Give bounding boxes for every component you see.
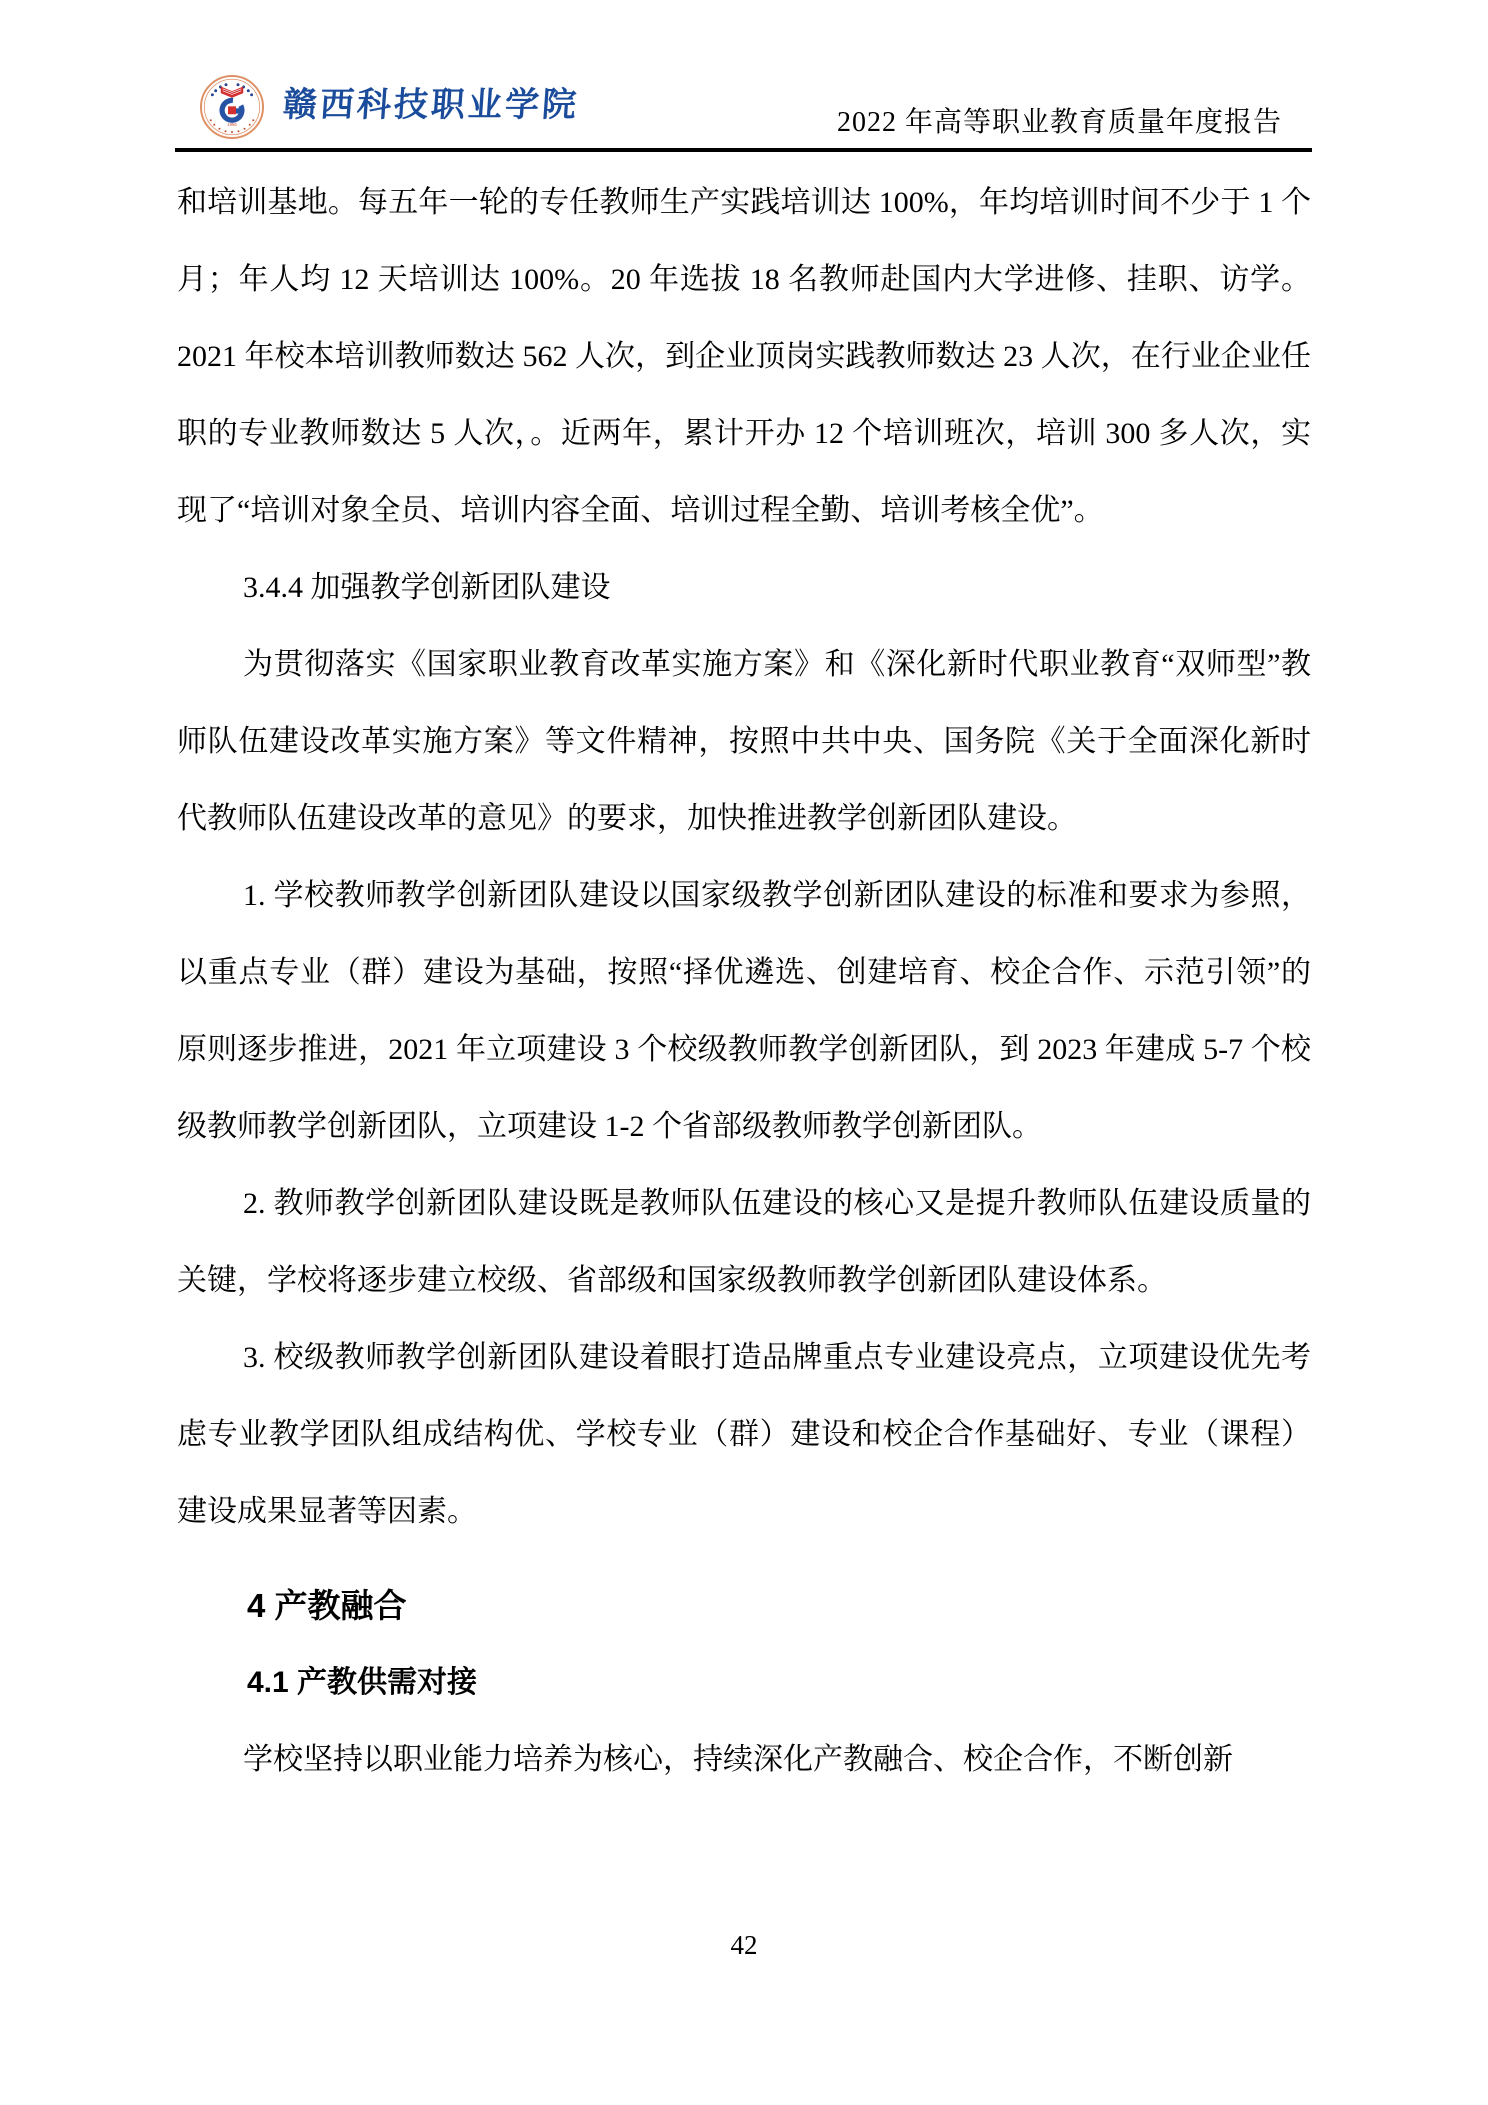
section-3-4-4-intro-paragraph: 为贯彻落实《国家职业教育改革实施方案》和《深化新时代职业教育“双师型”教师队伍建… [177, 626, 1311, 857]
paragraph-continuation: 和培训基地。每五年一轮的专任教师生产实践培训达 100%，年均培训时间不少于 1… [177, 164, 1311, 549]
section-3-4-4-heading: 3.4.4 加强教学创新团队建设 [177, 549, 1311, 626]
numbered-item-1: 1. 学校教师教学创新团队建设以国家级教学创新团队建设的标准和要求为参照，以重点… [177, 857, 1311, 1165]
school-brand: 1956 赣西科技职业学院 [199, 74, 579, 140]
numbered-item-2: 2. 教师教学创新团队建设既是教师队伍建设的核心又是提升教师队伍建设质量的关键，… [177, 1165, 1311, 1319]
emblem-year-text: 1956 [227, 122, 237, 127]
section-4-1-intro-paragraph: 学校坚持以职业能力培养为核心，持续深化产教融合、校企合作，不断创新 [177, 1721, 1311, 1798]
school-emblem-icon: 1956 [199, 74, 265, 140]
page-number: 42 [0, 1930, 1488, 1961]
school-name-calligraphy: 赣西科技职业学院 [282, 87, 581, 124]
document-body: 和培训基地。每五年一轮的专任教师生产实践培训达 100%，年均培训时间不少于 1… [177, 164, 1311, 1798]
report-page: 1956 赣西科技职业学院 2022 年高等职业教育质量年度报告 和培训基地。每… [0, 0, 1488, 2105]
report-title: 2022 年高等职业教育质量年度报告 [837, 100, 1282, 140]
page-header: 1956 赣西科技职业学院 2022 年高等职业教育质量年度报告 [175, 0, 1312, 152]
numbered-item-3: 3. 校级教师教学创新团队建设着眼打造品牌重点专业建设亮点，立项建设优先考虑专业… [177, 1319, 1311, 1550]
section-4-heading: 4 产教融合 [177, 1567, 1311, 1644]
section-4-1-heading: 4.1 产教供需对接 [177, 1644, 1311, 1721]
